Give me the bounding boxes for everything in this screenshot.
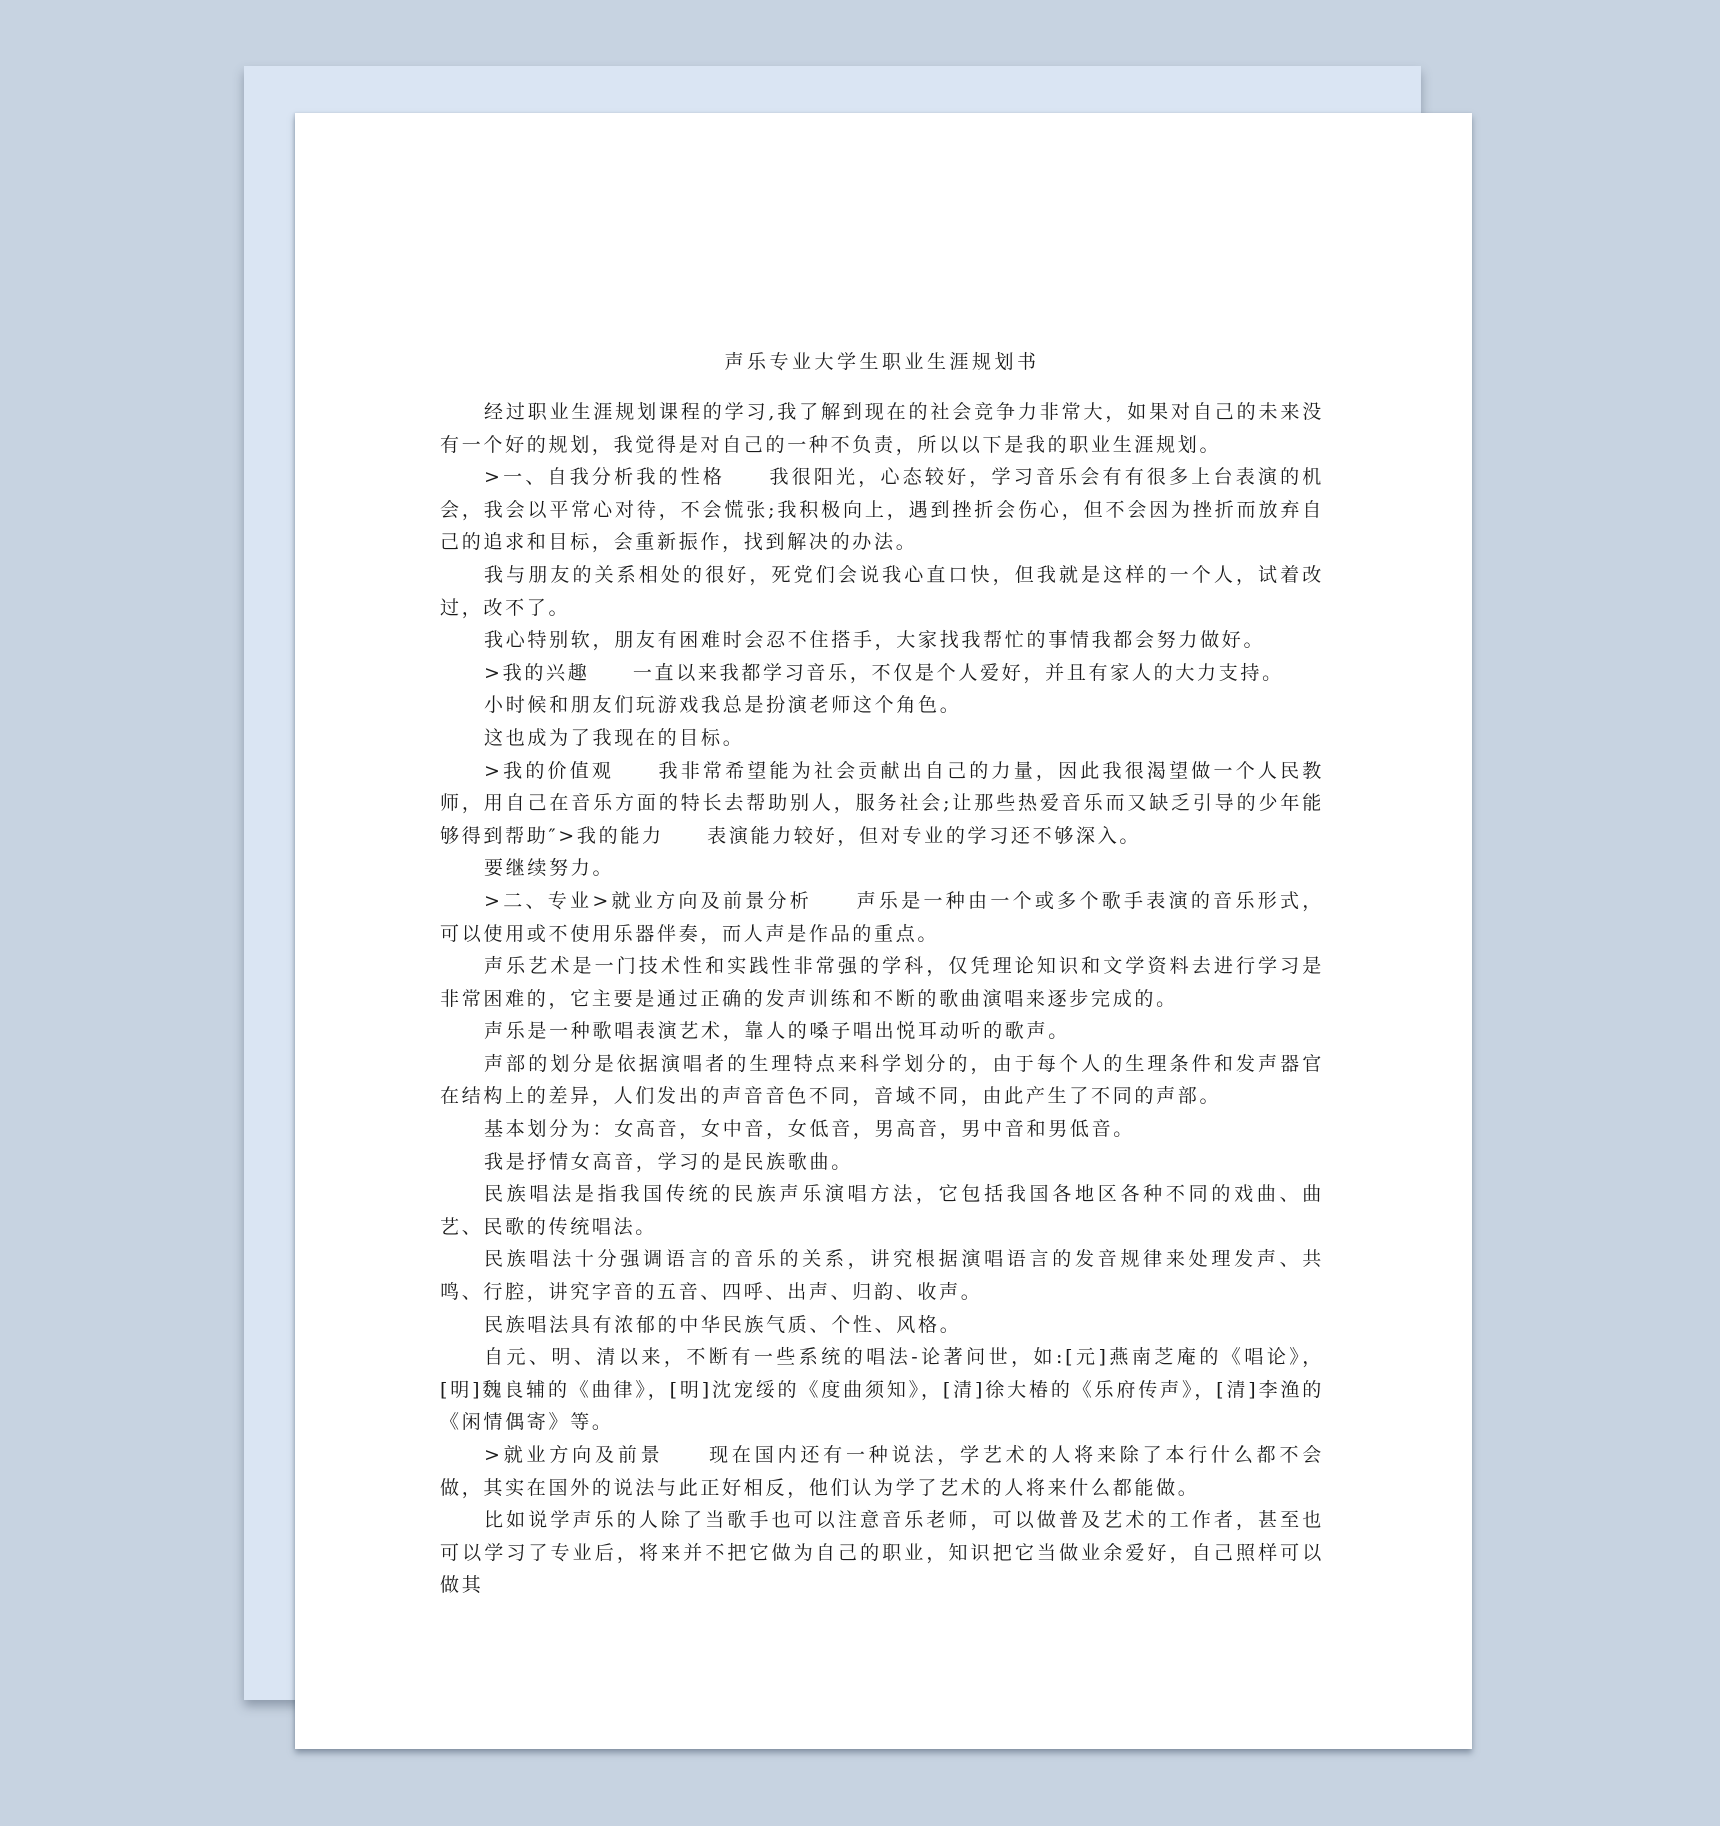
paragraph-intro: 经过职业生涯规划课程的学习,我了解到现在的社会竞争力非常大，如果对自己的未来没有… (440, 396, 1324, 461)
paragraph-my-voice: 我是抒情女高音，学习的是民族歌曲。 (440, 1146, 1324, 1179)
paragraph-goal: 这也成为了我现在的目标。 (440, 722, 1324, 755)
paragraph-values-ability: >我的价值观 我非常希望能为社会贡献出自己的力量，因此我很渴望做一个人民教师，用… (440, 755, 1324, 853)
paragraph-voice-parts: 声部的划分是依据演唱者的生理特点来科学划分的，由于每个人的生理条件和发声器官在结… (440, 1048, 1324, 1113)
paragraph-vocal-art: 声乐艺术是一门技术性和实践性非常强的学科，仅凭理论知识和文学资料去进行学习是非常… (440, 950, 1324, 1015)
paragraph-voice-categories: 基本划分为：女高音，女中音，女低音，男高音，男中音和男低音。 (440, 1113, 1324, 1146)
paragraph-folk-language: 民族唱法十分强调语言的音乐的关系，讲究根据演唱语言的发音规律来处理发声、共鸣、行… (440, 1243, 1324, 1308)
paragraph-folk-character: 民族唱法具有浓郁的中华民族气质、个性、风格。 (440, 1309, 1324, 1342)
paragraph-employment-prospects: >就业方向及前景 现在国内还有一种说法，学艺术的人将来除了本行什么都不会做，其实… (440, 1439, 1324, 1504)
paragraph-major-analysis: >二、专业>就业方向及前景分析 声乐是一种由一个或多个歌手表演的音乐形式，可以使… (440, 885, 1324, 950)
paragraph-vocal-definition: 声乐是一种歌唱表演艺术，靠人的嗓子唱出悦耳动听的歌声。 (440, 1015, 1324, 1048)
paragraph-self-analysis-personality: >一、自我分析我的性格 我很阳光，心态较好，学习音乐会有有很多上台表演的机会，我… (440, 461, 1324, 559)
paragraph-friends: 我与朋友的关系相处的很好，死党们会说我心直口快，但我就是这样的一个人，试着改过，… (440, 559, 1324, 624)
paragraph-career-examples: 比如说学声乐的人除了当歌手也可以注意音乐老师，可以做普及艺术的工作者，甚至也可以… (440, 1504, 1324, 1602)
paragraph-interests: >我的兴趣 一直以来我都学习音乐，不仅是个人爱好，并且有家人的大力支持。 (440, 657, 1324, 690)
paragraph-childhood: 小时候和朋友们玩游戏我总是扮演老师这个角色。 (440, 689, 1324, 722)
document-page: 声乐专业大学生职业生涯规划书 经过职业生涯规划课程的学习,我了解到现在的社会竞争… (295, 113, 1472, 1749)
paragraph-soft-heart: 我心特别软，朋友有困难时会忍不住搭手，大家找我帮忙的事情我都会努力做好。 (440, 624, 1324, 657)
paragraph-keep-working: 要继续努力。 (440, 852, 1324, 885)
document-body: 声乐专业大学生职业生涯规划书 经过职业生涯规划课程的学习,我了解到现在的社会竞争… (440, 346, 1324, 1602)
paragraph-folk-singing: 民族唱法是指我国传统的民族声乐演唱方法，它包括我国各地区各种不同的戏曲、曲艺、民… (440, 1178, 1324, 1243)
document-title: 声乐专业大学生职业生涯规划书 (440, 346, 1324, 378)
paragraph-historical-works: 自元、明、清以来，不断有一些系统的唱法-论著问世，如:[元]燕南芝庵的《唱论》，… (440, 1341, 1324, 1439)
